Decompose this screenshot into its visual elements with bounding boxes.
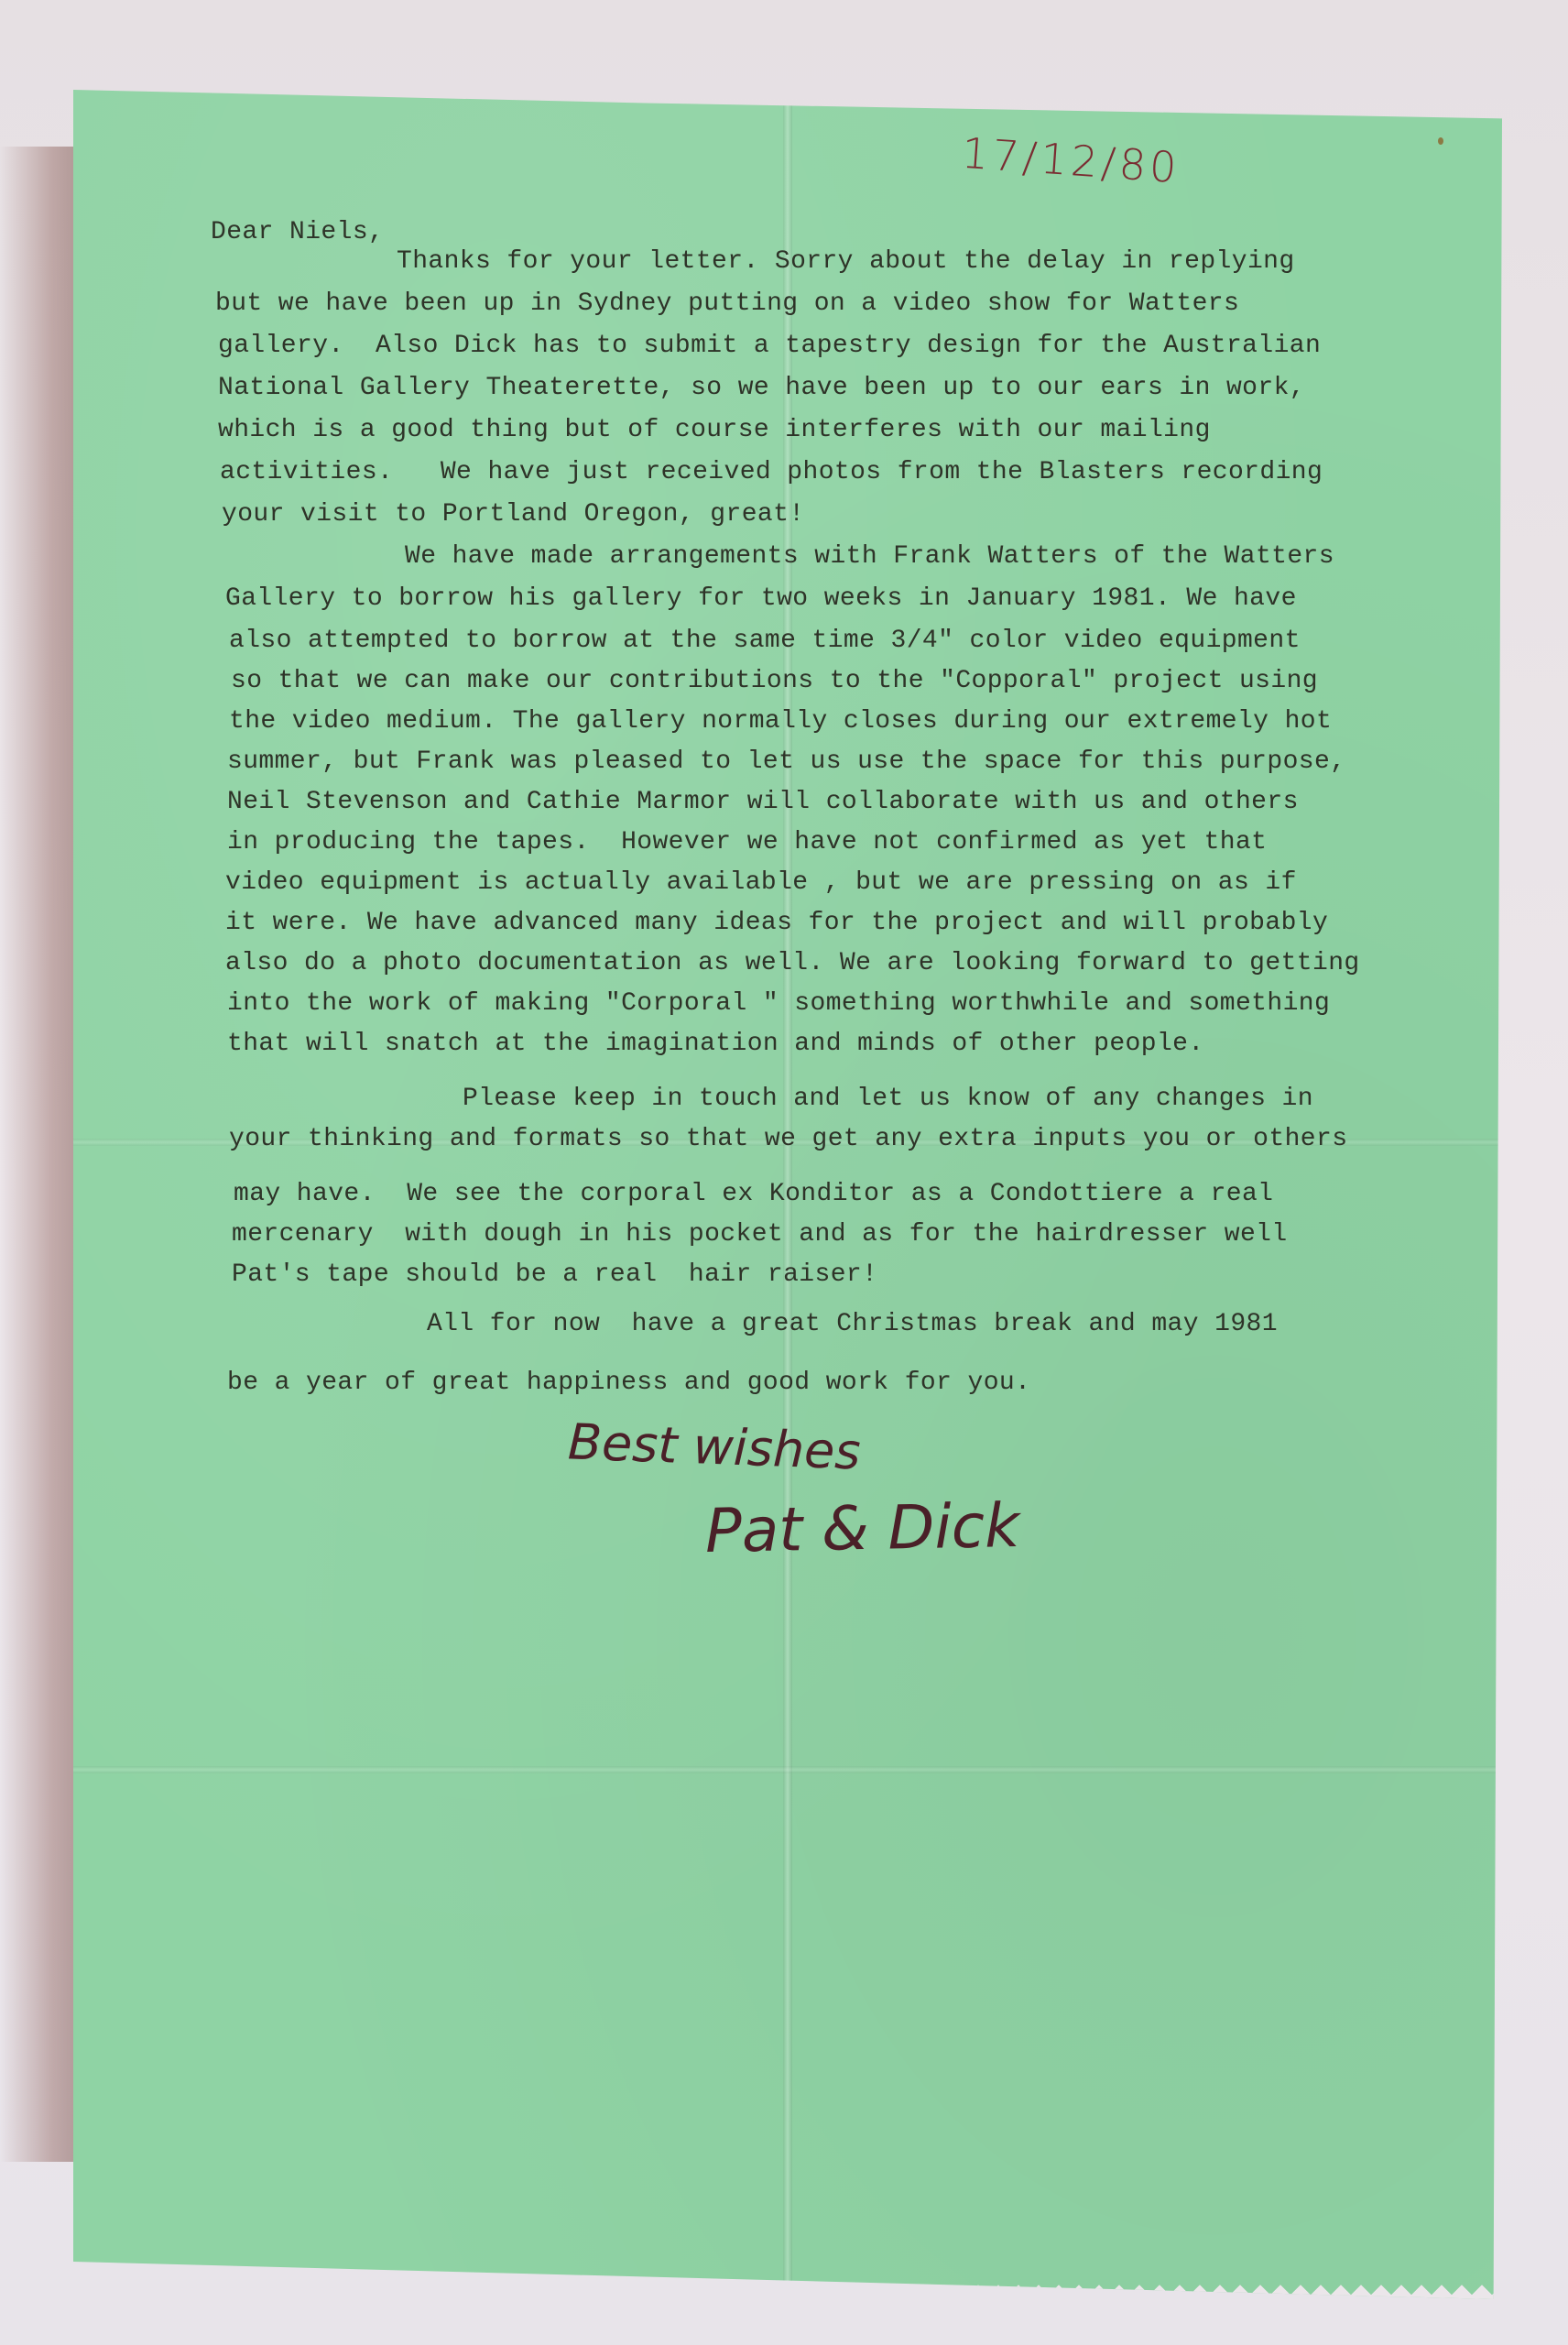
paragraph-1-line: your visit to Portland Oregon, great! [222, 500, 805, 529]
paragraph-1-line: but we have been up in Sydney putting on… [215, 289, 1239, 318]
handwritten-closing: Best wishes [567, 1412, 862, 1480]
paragraph-3-line: Pat's tape should be a real hair raiser! [232, 1260, 877, 1289]
handwritten-signature: Pat & Dick [704, 1490, 1020, 1566]
paragraph-3-line: your thinking and formats so that we get… [229, 1125, 1347, 1153]
paragraph-2-line: We have made arrangements with Frank Wat… [405, 542, 1334, 571]
paragraph-2-line: also do a photo documentation as well. W… [225, 949, 1360, 977]
paragraph-2-line: so that we can make our contributions to… [231, 667, 1318, 695]
paragraph-2-line: it were. We have advanced many ideas for… [225, 909, 1328, 937]
paragraph-4-line: be a year of great happiness and good wo… [227, 1369, 1030, 1397]
salutation: Dear Niels, [211, 218, 384, 246]
paragraph-4-line: All for now have a great Christmas break… [427, 1310, 1278, 1338]
paragraph-2-line: in producing the tapes. However we have … [227, 828, 1267, 856]
paragraph-1-line: activities. We have just received photos… [220, 458, 1323, 486]
horizontal-fold-lower [73, 1766, 1502, 1773]
paragraph-2-line: summer, but Frank was pleased to let us … [227, 747, 1345, 776]
serrated-edge [73, 2263, 1502, 2299]
paper-stain [1438, 137, 1443, 145]
paragraph-1-line: National Gallery Theaterette, so we have… [218, 374, 1305, 402]
paragraph-2-line: into the work of making "Corporal " some… [227, 989, 1330, 1018]
paragraph-1-line: gallery. Also Dick has to submit a tapes… [218, 332, 1321, 360]
paragraph-3-line: Please keep in touch and let us know of … [463, 1085, 1313, 1113]
paragraph-2-line: video equipment is actually available , … [225, 868, 1297, 897]
paragraph-3-line: mercenary with dough in his pocket and a… [232, 1220, 1288, 1249]
paragraph-3-line: may have. We see the corporal ex Kondito… [234, 1180, 1273, 1208]
paragraph-2-line: also attempted to borrow at the same tim… [229, 627, 1301, 655]
paragraph-2-line: Gallery to borrow his gallery for two we… [225, 584, 1297, 613]
paragraph-2-line: that will snatch at the imagination and … [227, 1030, 1204, 1058]
paragraph-1-line: which is a good thing but of course inte… [218, 416, 1211, 444]
paragraph-2-line: the video medium. The gallery normally c… [229, 707, 1332, 736]
paragraph-1-line: Thanks for your letter. Sorry about the … [397, 247, 1295, 276]
paragraph-2-line: Neil Stevenson and Cathie Marmor will co… [227, 788, 1299, 816]
